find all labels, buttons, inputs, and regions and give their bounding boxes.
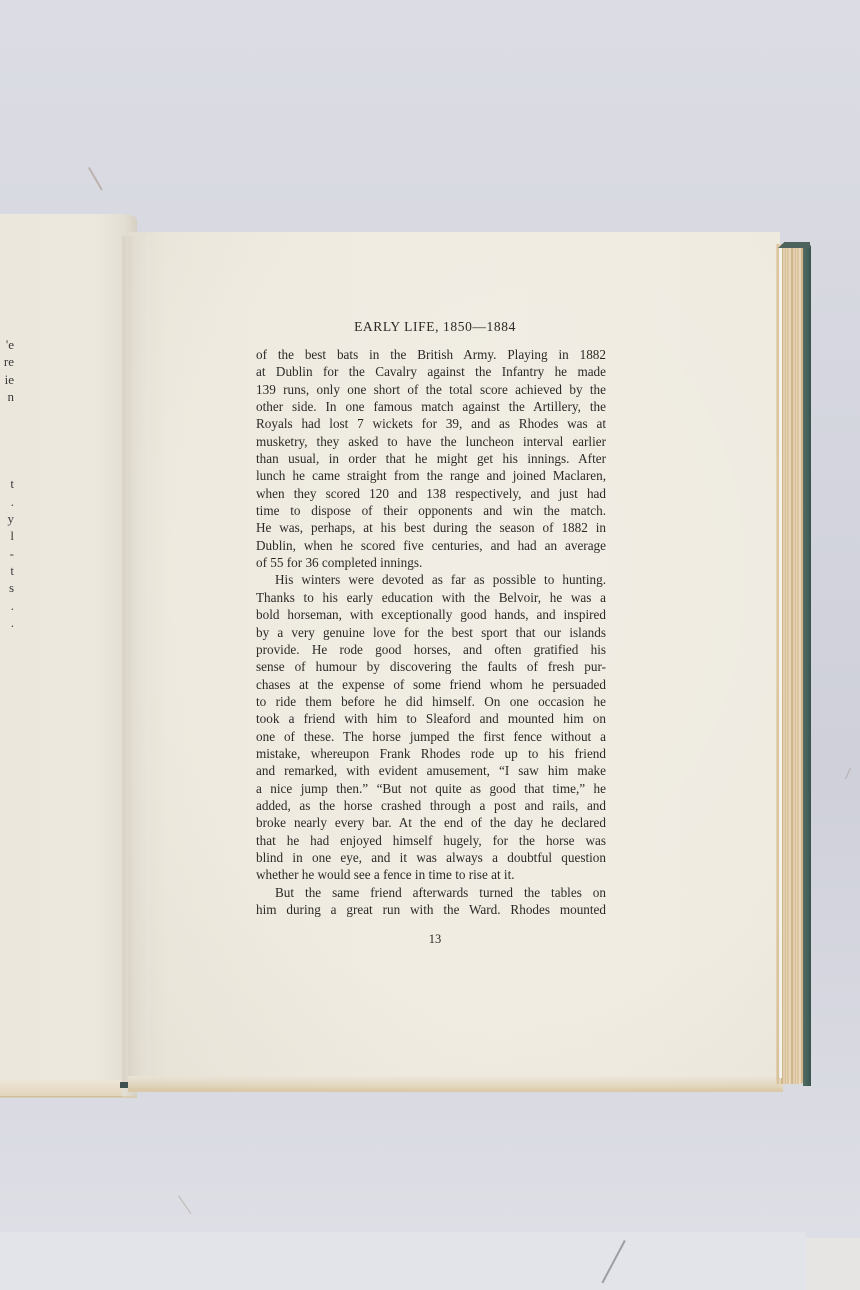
body-text: of the best bats in the British Army. Pl… <box>256 346 606 918</box>
text-line: He was, perhaps, at his best during the … <box>256 519 606 536</box>
surface-scratch <box>845 768 851 779</box>
text-line: added, as the horse crashed through a po… <box>256 797 606 814</box>
fragment: 'e <box>0 336 14 353</box>
cover-board-top-corner <box>778 242 810 248</box>
left-page <box>0 214 137 1096</box>
fragment: t <box>0 562 14 579</box>
text-line: musketry, they asked to have the luncheo… <box>256 433 606 450</box>
text-line: one of these. The horse jumped the first… <box>256 728 606 745</box>
right-page-bottom-edge <box>128 1076 783 1092</box>
backdrop-lower-right-surface <box>806 1238 860 1290</box>
backdrop-lower-surface <box>0 1232 806 1290</box>
fragment: ie <box>0 371 14 388</box>
text-line: His winters were devoted as far as possi… <box>256 571 606 588</box>
green-cloth-cover-board <box>803 244 811 1086</box>
text-line: of 55 for 36 completed innings. <box>256 554 606 571</box>
left-page-bottom-edge <box>0 1080 122 1097</box>
fragment: l <box>0 527 14 544</box>
text-line: a nice jump then.” “But not quite as goo… <box>256 780 606 797</box>
text-line: of the best bats in the British Army. Pl… <box>256 346 606 363</box>
text-line: Dublin, when he scored five centuries, a… <box>256 537 606 554</box>
fragment: . <box>0 614 14 631</box>
text-line: him during a great run with the Ward. Rh… <box>256 901 606 918</box>
page-number: 13 <box>256 932 606 947</box>
fragment <box>0 458 14 475</box>
text-line: lunch he came straight from the range an… <box>256 467 606 484</box>
fragment: - <box>0 545 14 562</box>
text-line: by a very genuine love for the best spor… <box>256 624 606 641</box>
text-line: that he had enjoyed himself hugely, for … <box>256 832 606 849</box>
text-line: Thanks to his early education with the B… <box>256 589 606 606</box>
text-line: provide. He rode good horses, and often … <box>256 641 606 658</box>
page-text-block: EARLY LIFE, 1850—1884 of the best bats i… <box>256 316 606 947</box>
fragment: . <box>0 597 14 614</box>
surface-scratch <box>178 1195 191 1214</box>
text-line: Royals had lost 7 wickets for 39, and as… <box>256 415 606 432</box>
fragment: y <box>0 510 14 527</box>
running-head: EARLY LIFE, 1850—1884 <box>256 316 606 338</box>
left-page-text-fragments: 'e re ie n t . y l - t s . . <box>0 336 14 632</box>
fragment: s <box>0 579 14 596</box>
text-line: bold horseman, with exceptionally good h… <box>256 606 606 623</box>
text-line: to ride them before he did himself. On o… <box>256 693 606 710</box>
loose-leaf-edge <box>779 248 782 1078</box>
fragment <box>0 440 14 457</box>
fragment: . <box>0 493 14 510</box>
text-line: took a friend with him to Sleaford and m… <box>256 710 606 727</box>
text-line: than usual, in order that he might get h… <box>256 450 606 467</box>
text-line: 139 runs, only one short of the total sc… <box>256 381 606 398</box>
text-line: blind in one eye, and it was always a do… <box>256 849 606 866</box>
text-line: other side. In one famous match against … <box>256 398 606 415</box>
text-line: broke nearly every bar. At the end of th… <box>256 814 606 831</box>
fragment <box>0 406 14 423</box>
fragment <box>0 423 14 440</box>
text-line: at Dublin for the Cavalry against the In… <box>256 363 606 380</box>
book-gutter <box>122 236 150 1088</box>
surface-scratch <box>88 167 103 191</box>
text-line: chases at the expense of some friend who… <box>256 676 606 693</box>
text-line: and remarked, with evident amusement, “I… <box>256 762 606 779</box>
fragment: re <box>0 353 14 370</box>
text-line: mistake, whereupon Frank Rhodes rode up … <box>256 745 606 762</box>
text-line: But the same friend afterwards turned th… <box>256 884 606 901</box>
text-line: when they scored 120 and 138 respectivel… <box>256 485 606 502</box>
fragment: n <box>0 388 14 405</box>
text-line: time to dispose of their opponents and w… <box>256 502 606 519</box>
fragment: t <box>0 475 14 492</box>
text-line: whether he would see a fence in time to … <box>256 866 606 883</box>
text-line: sense of humour by discovering the fault… <box>256 658 606 675</box>
